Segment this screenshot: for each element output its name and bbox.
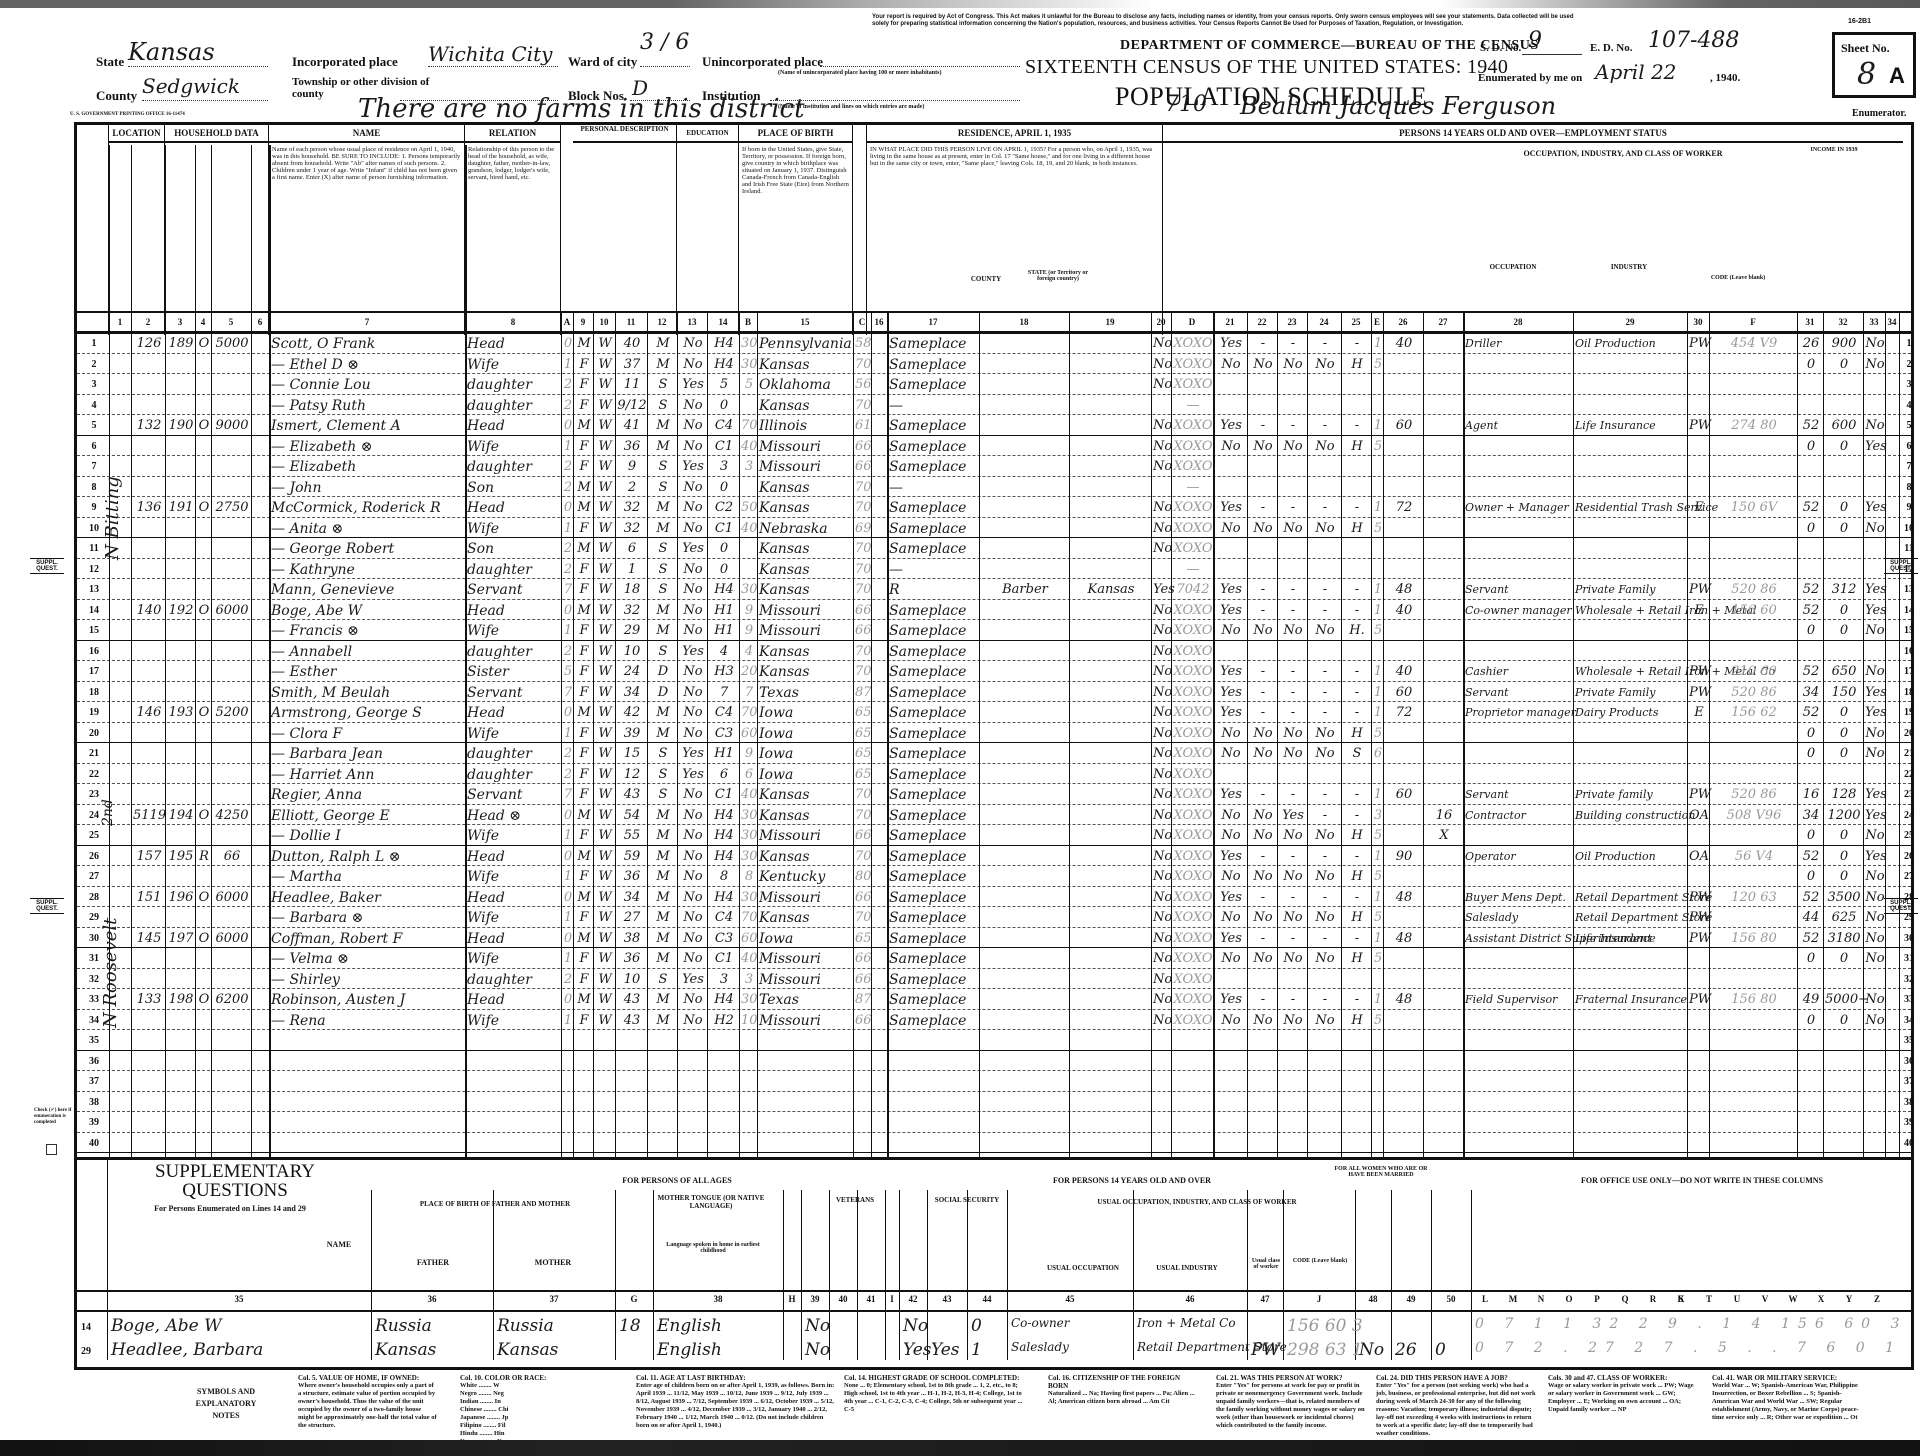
cell-owned: O <box>197 702 211 722</box>
cell-sex: F <box>575 518 593 538</box>
cell-line: 17 <box>79 661 109 681</box>
cell-a: 0 <box>563 702 573 722</box>
cell-other-inc: Yes <box>1865 579 1885 599</box>
col-employment-header: PERSONS 14 YEARS OLD AND OVER—EMPLOYMENT… <box>1163 125 1903 335</box>
cell-res-farm: No <box>1153 415 1171 435</box>
cell-line: 25 <box>79 825 109 845</box>
cell-grade: H4 <box>709 805 739 825</box>
cell-birthplace: Missouri <box>759 620 821 640</box>
col-household-header: HOUSEHOLD DATA <box>165 125 269 335</box>
cell-res-city: R <box>889 579 900 599</box>
supp-column-divider <box>1247 1190 1248 1360</box>
cell-other-inc: No <box>1865 989 1885 1009</box>
cell-e: 5 <box>1373 518 1383 538</box>
cell-w24: No <box>1309 723 1341 743</box>
table-row: 16— Annabelldaughter2FW10SYes44Kansas70S… <box>77 641 1911 662</box>
cell-age: 43 <box>617 1010 647 1030</box>
cell-other-inc: No <box>1865 743 1885 763</box>
cell-b: 7 <box>741 682 757 702</box>
cell-b: 30 <box>741 989 757 1009</box>
farm-note: There are no farms in this district <box>358 94 805 124</box>
cell-w23: - <box>1279 497 1307 517</box>
cell-res-state: Kansas <box>1071 579 1151 599</box>
supp-cell-vet: No <box>805 1316 830 1336</box>
cell-weeks: 0 <box>1799 620 1823 640</box>
cell-w23: - <box>1279 579 1307 599</box>
cell-res-city: Sameplace <box>889 743 966 763</box>
cell-school: No <box>679 497 707 517</box>
cell-birthplace: Kentucky <box>759 866 825 886</box>
cell-a: 2 <box>563 764 573 784</box>
cell-race: W <box>595 682 615 702</box>
cell-f: 520 86 <box>1711 579 1797 599</box>
cell-wages: 0 <box>1825 620 1863 640</box>
cell-relation: Head ⊗ <box>467 805 521 825</box>
cell-res-city: Sameplace <box>889 436 966 456</box>
column-number: 9 <box>573 313 593 331</box>
cell-b: 70 <box>741 907 757 927</box>
cell-res-city: Sameplace <box>889 887 966 907</box>
cell-race: W <box>595 846 615 866</box>
cell-res-farm: No <box>1153 784 1171 804</box>
cell-d: XOXO <box>1173 805 1213 825</box>
cell-res-city: Sameplace <box>889 415 966 435</box>
column-divider <box>1151 311 1152 1157</box>
cell-line: 16 <box>79 641 109 661</box>
cell-d: XOXO <box>1173 641 1213 661</box>
cell-w21: Yes <box>1215 579 1247 599</box>
cell-c: 70 <box>855 559 871 579</box>
cell-w25: - <box>1343 579 1371 599</box>
cell-age: 55 <box>617 825 647 845</box>
table-row: 26157195R66Dutton, Ralph L ⊗Head0MW59MNo… <box>77 846 1911 867</box>
column-divider <box>593 311 594 1157</box>
cell-value: 66 <box>213 846 251 866</box>
cell-w24: - <box>1309 497 1341 517</box>
supp-cell-mother: Russia <box>497 1316 554 1336</box>
cell-owned: O <box>197 887 211 907</box>
cell-line: 16 <box>1901 641 1917 661</box>
cell-weeks: 52 <box>1799 600 1823 620</box>
cell-birthplace: Missouri <box>759 969 821 989</box>
cell-marital: M <box>649 702 677 722</box>
cell-school: No <box>679 682 707 702</box>
cell-birthplace: Pennsylvania <box>759 333 852 353</box>
cell-w21: Yes <box>1215 846 1247 866</box>
cell-line: 6 <box>1901 436 1917 456</box>
cell-res-farm: No <box>1153 620 1171 640</box>
column-divider <box>871 311 872 1157</box>
supp-column-number: V <box>1751 1294 1779 1304</box>
cell-birthplace: Missouri <box>759 456 821 476</box>
cell-school: No <box>679 620 707 640</box>
cell-c: 70 <box>855 497 871 517</box>
cell-w25: - <box>1343 784 1371 804</box>
cell-age: 29 <box>617 620 647 640</box>
cell-relation: Head <box>467 497 505 517</box>
cell-wages: 1200 <box>1825 805 1863 825</box>
cell-line: 12 <box>79 559 109 579</box>
cell-relation: daughter <box>467 969 532 989</box>
cell-f: 520 86 <box>1711 682 1797 702</box>
cell-line: 30 <box>1901 928 1917 948</box>
cell-e: 1 <box>1373 887 1383 907</box>
cell-marital: M <box>649 846 677 866</box>
cell-wages: 0 <box>1825 354 1863 374</box>
cell-name: Regier, Anna <box>271 784 362 804</box>
cell-res-city: Sameplace <box>889 969 966 989</box>
cell-c: 69 <box>855 518 871 538</box>
cell-b: 9 <box>741 743 757 763</box>
cell-marital: M <box>649 907 677 927</box>
cell-f: 56 V4 <box>1711 846 1797 866</box>
table-row: 19146193O5200Armstrong, George SHead0MW4… <box>77 702 1911 723</box>
cell-race: W <box>595 579 615 599</box>
supp-usual-class-hdr: Usual class of worker <box>1251 1258 1281 1270</box>
cell-w23: No <box>1279 518 1307 538</box>
cell-hours: 72 <box>1385 702 1423 722</box>
supp-usual-ind-hdr: USUAL INDUSTRY <box>1137 1264 1237 1272</box>
cell-school: No <box>679 518 707 538</box>
cell-birthplace: Kansas <box>759 354 810 374</box>
cell-relation: Head <box>467 415 505 435</box>
cell-w23: No <box>1279 866 1307 886</box>
cell-f: 210 60 <box>1711 661 1797 681</box>
cell-a: 1 <box>563 948 573 968</box>
cell-w21: Yes <box>1215 887 1247 907</box>
cell-c: 80 <box>855 866 871 886</box>
table-row: 6— Elizabeth ⊗Wife1FW36MNoC140Missouri66… <box>77 436 1911 457</box>
cell-w23: - <box>1279 989 1307 1009</box>
cell-a: 2 <box>563 969 573 989</box>
cell-w24: - <box>1309 989 1341 1009</box>
cell-res-farm: No <box>1153 743 1171 763</box>
cell-name: — Ethel D ⊗ <box>271 354 359 374</box>
supp-cell-ss42: Yes <box>903 1340 932 1360</box>
cell-age: 9/12 <box>617 395 647 415</box>
cell-other-inc: Yes <box>1865 702 1885 722</box>
cell-f: 508 V96 <box>1711 805 1797 825</box>
enumerator-label: Enumerator. <box>1852 108 1906 119</box>
cell-w23: - <box>1279 928 1307 948</box>
cell-school: No <box>679 907 707 927</box>
cell-a: 1 <box>563 354 573 374</box>
cell-w24: No <box>1309 518 1341 538</box>
cell-industry: Private family <box>1575 784 1653 804</box>
cell-w21: Yes <box>1215 661 1247 681</box>
table-row: 3939 <box>77 1112 1911 1133</box>
cell-name: — John <box>271 477 322 497</box>
column-divider <box>853 311 854 1157</box>
cell-name: — Harriet Ann <box>271 764 374 784</box>
cell-other-inc: No <box>1865 518 1885 538</box>
cell-line: 39 <box>79 1112 109 1132</box>
cell-relation: Wife <box>467 866 499 886</box>
column-divider <box>757 311 758 1157</box>
cell-name: Coffman, Robert F <box>271 928 402 948</box>
cell-res-city: Sameplace <box>889 805 966 825</box>
cell-w22: No <box>1249 743 1277 763</box>
cell-c: 66 <box>855 436 871 456</box>
table-row: 22— Harriet Anndaughter2FW12SYes66Iowa65… <box>77 764 1911 785</box>
cell-marital: M <box>649 497 677 517</box>
cell-wages: 0 <box>1825 702 1863 722</box>
cell-relation: Head <box>467 333 505 353</box>
cell-race: W <box>595 948 615 968</box>
cell-a: 1 <box>563 436 573 456</box>
cell-a: 1 <box>563 866 573 886</box>
cell-hours: 72 <box>1385 497 1423 517</box>
cell-race: W <box>595 395 615 415</box>
cell-name: — Rena <box>271 1010 326 1030</box>
cell-owned: O <box>197 333 211 353</box>
table-row: 18Smith, M BeulahServant7FW34DNo77Texas8… <box>77 682 1911 703</box>
cell-b: 40 <box>741 948 757 968</box>
cell-d: XOXO <box>1173 948 1213 968</box>
cell-other-inc: No <box>1865 887 1885 907</box>
column-number: 16 <box>871 313 887 331</box>
supp-cell-usual-ind: Iron + Metal Co <box>1137 1316 1236 1330</box>
cell-occupation: Servant <box>1465 682 1509 702</box>
column-divider <box>1863 311 1864 1157</box>
cell-race: W <box>595 866 615 886</box>
cell-weeks-seek: X <box>1425 825 1463 845</box>
cell-res-city: Sameplace <box>889 374 966 394</box>
cell-w21: No <box>1215 866 1247 886</box>
column-divider <box>1797 311 1798 1157</box>
cell-school: No <box>679 559 707 579</box>
supp-cell-father: Russia <box>375 1316 432 1336</box>
cell-race: W <box>595 538 615 558</box>
cell-marital: M <box>649 805 677 825</box>
cell-b: 6 <box>741 764 757 784</box>
cell-b: 40 <box>741 518 757 538</box>
table-row: 4— Patsy Ruthdaughter2FW9/12SNo0Kansas70… <box>77 395 1911 416</box>
cell-w24: No <box>1309 907 1341 927</box>
cell-school: Yes <box>679 374 707 394</box>
cell-line: 18 <box>1901 682 1917 702</box>
column-number: 18 <box>979 313 1069 331</box>
cell-res-farm: No <box>1153 989 1171 1009</box>
column-divider <box>1383 311 1384 1157</box>
cell-b: 70 <box>741 702 757 722</box>
enumerated-label: Enumerated by me on <box>1478 72 1582 84</box>
race-code-item: Indian ........ In <box>460 1398 620 1406</box>
cell-wages: 0 <box>1825 1010 1863 1030</box>
cell-w25: H <box>1343 948 1371 968</box>
cell-d: XOXO <box>1173 374 1213 394</box>
cell-res-city: Sameplace <box>889 723 966 743</box>
cell-weeks: 0 <box>1799 948 1823 968</box>
cell-relation: Head <box>467 928 505 948</box>
incorporated-value: Wichita City <box>428 42 552 66</box>
cell-value: 9000 <box>213 415 251 435</box>
cell-w22: - <box>1249 682 1277 702</box>
supp-mother-hdr: MOTHER <box>493 1258 613 1267</box>
cell-line: 33 <box>1901 989 1917 1009</box>
cell-name: — Connie Lou <box>271 374 371 394</box>
cell-grade: C1 <box>709 784 739 804</box>
column-number: 2 <box>131 313 165 331</box>
cell-wages: 3180 <box>1825 928 1863 948</box>
state-label: State <box>96 54 124 70</box>
cell-value: 2750 <box>213 497 251 517</box>
institution-line <box>770 100 1020 101</box>
cell-w22: No <box>1249 620 1277 640</box>
cell-birthplace: Kansas <box>759 907 810 927</box>
cell-a: 2 <box>563 456 573 476</box>
cell-c: 66 <box>855 887 871 907</box>
cell-line: 22 <box>1901 764 1917 784</box>
cell-sex: M <box>575 415 593 435</box>
cell-sex: M <box>575 333 593 353</box>
cell-birthplace: Kansas <box>759 661 810 681</box>
cell-a: 7 <box>563 579 573 599</box>
census-title: SIXTEENTH CENSUS OF THE UNITED STATES: 1… <box>1025 56 1508 79</box>
cell-f: 156 80 <box>1711 928 1797 948</box>
cell-race: W <box>595 600 615 620</box>
cell-w24: No <box>1309 354 1341 374</box>
cell-marital: D <box>649 682 677 702</box>
sheet-side: A <box>1889 63 1905 89</box>
cell-w22: No <box>1249 825 1277 845</box>
cell-w25: H <box>1343 436 1371 456</box>
column-number: 12 <box>647 313 677 331</box>
cell-birthplace: Kansas <box>759 497 810 517</box>
cell-wages: 0 <box>1825 948 1863 968</box>
column-divider <box>979 311 980 1157</box>
cell-d: XOXO <box>1173 702 1213 722</box>
cell-occupation: Contractor <box>1465 805 1526 825</box>
cell-c: 70 <box>855 805 871 825</box>
cell-res-city: Sameplace <box>889 518 966 538</box>
cell-w25: - <box>1343 887 1371 907</box>
cell-c: 56 <box>855 374 871 394</box>
cell-d: — <box>1173 395 1213 415</box>
cell-grade: H4 <box>709 354 739 374</box>
cell-e: 5 <box>1373 948 1383 968</box>
supp-column-number: Z <box>1863 1294 1891 1304</box>
cell-weeks: 34 <box>1799 805 1823 825</box>
cell-w21: Yes <box>1215 702 1247 722</box>
cell-line: 36 <box>1901 1051 1917 1071</box>
cell-name: — Velma ⊗ <box>271 948 349 968</box>
table-row: 7— Elizabethdaughter2FW9SYes33Missouri66… <box>77 456 1911 477</box>
cell-c: 70 <box>855 477 871 497</box>
cell-marital: M <box>649 333 677 353</box>
column-divider <box>195 145 196 1157</box>
column-divider <box>561 311 562 1157</box>
notes-col16: Col. 16. CITIZENSHIP OF THE FOREIGN BORN… <box>1048 1374 1198 1406</box>
supp-cell-m49: 26 <box>1395 1340 1417 1360</box>
cell-d: XOXO <box>1173 600 1213 620</box>
supp-column-number: J <box>1283 1294 1355 1304</box>
cell-school: Yes <box>679 969 707 989</box>
form-number: 16-2B1 <box>1848 18 1871 25</box>
column-divider <box>1069 311 1070 1157</box>
cell-wages: 0 <box>1825 600 1863 620</box>
supp-column-number: T <box>1695 1294 1723 1304</box>
cell-wages: 625 <box>1825 907 1863 927</box>
ward-value: 3 / 6 <box>640 30 689 55</box>
cell-line: 38 <box>1901 1092 1917 1112</box>
cell-d: XOXO <box>1173 415 1213 435</box>
cell-f: 150 6V <box>1711 497 1797 517</box>
cell-c: 66 <box>855 1010 871 1030</box>
cell-sex: F <box>575 620 593 640</box>
cell-res-farm: No <box>1153 436 1171 456</box>
cell-line: 14 <box>1901 600 1917 620</box>
column-number: 25 <box>1341 313 1371 331</box>
supp-column-number: N <box>1527 1294 1555 1304</box>
cell-w22: No <box>1249 723 1277 743</box>
cell-wages: 0 <box>1825 743 1863 763</box>
cell-age: 24 <box>617 661 647 681</box>
cell-weeks: 52 <box>1799 928 1823 948</box>
cell-age: 10 <box>617 969 647 989</box>
col-personal-header: PERSONAL DESCRIPTION <box>573 125 677 335</box>
cell-grade: H4 <box>709 887 739 907</box>
cell-sex: M <box>575 989 593 1009</box>
table-row: 14140192O6000Boge, Abe WHead0MW32MNoH19M… <box>77 600 1911 621</box>
cell-school: Yes <box>679 743 707 763</box>
cell-grade: H1 <box>709 620 739 640</box>
supp-column-number: S <box>1667 1294 1695 1304</box>
cell-d: — <box>1173 477 1213 497</box>
cell-age: 36 <box>617 866 647 886</box>
cell-weeks: 52 <box>1799 415 1823 435</box>
cell-owned: O <box>197 928 211 948</box>
column-number: A <box>561 313 573 331</box>
cell-other-inc: No <box>1865 928 1885 948</box>
cell-res-city: Sameplace <box>889 620 966 640</box>
column-divider <box>707 311 708 1157</box>
cell-school: No <box>679 805 707 825</box>
supp-column-number: 43 <box>927 1294 967 1304</box>
cell-school: No <box>679 723 707 743</box>
column-divider <box>1307 311 1308 1157</box>
cell-b: 8 <box>741 866 757 886</box>
cell-line: 7 <box>79 456 109 476</box>
cell-line: 27 <box>1901 866 1917 886</box>
cell-school: No <box>679 354 707 374</box>
table-row: 4040 <box>77 1133 1911 1154</box>
column-number: 6 <box>251 313 269 331</box>
cell-d: XOXO <box>1173 969 1213 989</box>
cell-w23: - <box>1279 887 1307 907</box>
cell-grade: 0 <box>709 538 739 558</box>
cell-weeks: 52 <box>1799 887 1823 907</box>
cell-line: 27 <box>79 866 109 886</box>
cell-school: No <box>679 600 707 620</box>
supp-column-number: 44 <box>967 1294 1007 1304</box>
cell-b: 30 <box>741 579 757 599</box>
cell-age: 36 <box>617 948 647 968</box>
cell-other-inc: No <box>1865 907 1885 927</box>
cell-b: 30 <box>741 805 757 825</box>
cell-race: W <box>595 333 615 353</box>
supp-column-divider <box>493 1190 494 1360</box>
completion-checkbox[interactable] <box>46 1144 57 1155</box>
cell-race: W <box>595 784 615 804</box>
cell-c: 65 <box>855 723 871 743</box>
cell-b: 70 <box>741 415 757 435</box>
cell-res-farm: No <box>1153 866 1171 886</box>
supp-column-number: 46 <box>1133 1294 1247 1304</box>
cell-w22: - <box>1249 333 1277 353</box>
cell-birthplace: Oklahoma <box>759 374 831 394</box>
cell-weeks: 52 <box>1799 661 1823 681</box>
